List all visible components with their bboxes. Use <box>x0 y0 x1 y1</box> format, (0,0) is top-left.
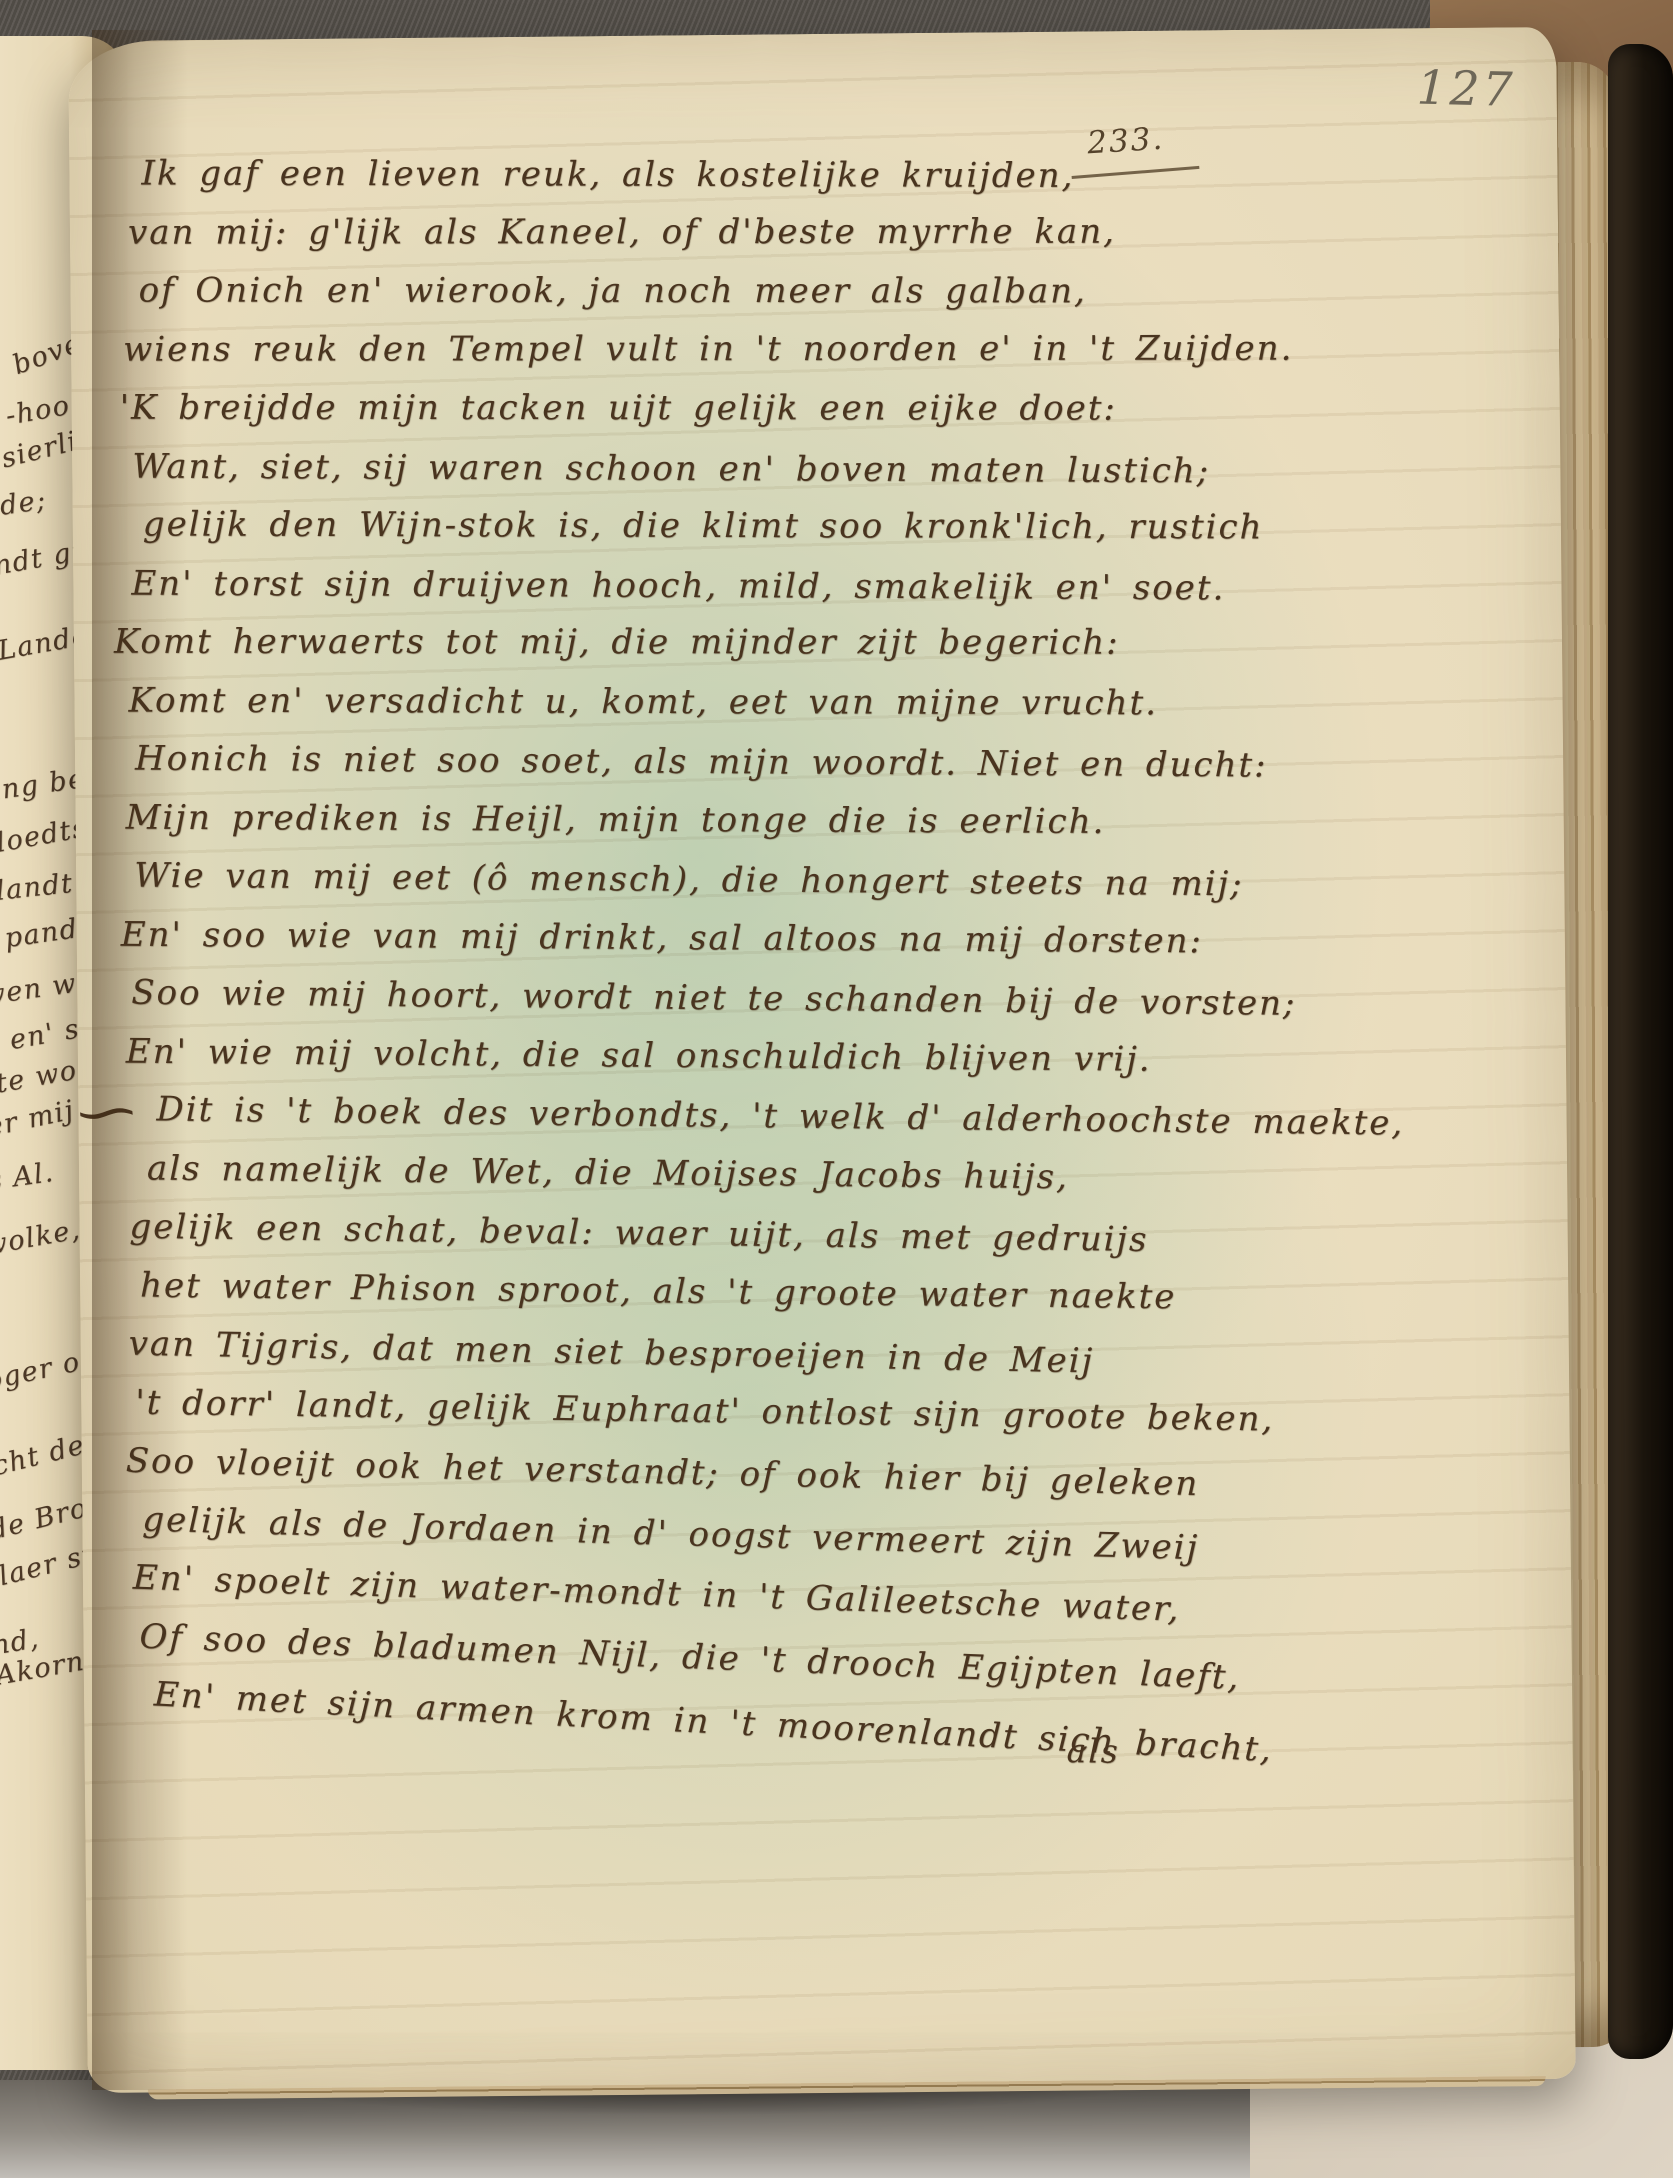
manuscript-line: Mijn prediken is Heijl, mijn tonge die i… <box>126 801 1106 839</box>
manuscript-line: het water Phison sproot, als 't groote w… <box>140 1269 1177 1315</box>
manuscript-line: En' spoelt zijn water-mondt in 't Galile… <box>132 1561 1181 1627</box>
book-spine <box>1608 44 1673 2059</box>
verse-text-block: Ik gaf een lieven reuk, als kostelijke k… <box>68 27 1576 2093</box>
manuscript-line: En' torst sijn druijven hooch, mild, sma… <box>131 567 1225 606</box>
manuscript-line: Wie van mij eet (ô mensch), die hongert … <box>134 859 1244 902</box>
manuscript-line: of Onich en' wierook, ja noch meer als g… <box>139 274 1087 309</box>
manuscript-line: Want, siet, sij waren schoon en' boven m… <box>132 450 1210 489</box>
manuscript-line: als namelijk de Wet, die Moijses Jacobs … <box>147 1151 1069 1194</box>
manuscript-line: van mij: g'lijk als Kaneel, of d'beste m… <box>128 215 1116 250</box>
left-page-fragment: landt <box>0 868 75 907</box>
manuscript-line: Dit is 't boek des verbondts, 't welk d'… <box>156 1092 1404 1140</box>
left-page-fragment: s Al. <box>0 1157 56 1197</box>
manuscript-line: van Tijgris, dat men siet besproeijen in… <box>128 1327 1094 1379</box>
left-page-fragment: de; <box>0 485 49 522</box>
manuscript-line: gelijk een schat, beval: waer uijt, als … <box>129 1210 1148 1257</box>
manuscript-line: wiens reuk den Tempel vult in 't noorden… <box>123 332 1293 367</box>
manuscript-line: Ik gaf een lieven reuk, als kostelijke k… <box>141 156 1074 192</box>
catchword: als <box>1066 1731 1120 1771</box>
manuscript-line: En' soo wie van mij drinkt, sal altoos n… <box>121 918 1203 959</box>
manuscript-line: 't dorr' landt, gelijk Euphraat' ontlost… <box>135 1386 1274 1437</box>
manuscript-photo: bove de aer -hoog, sierlijk oog; de; ndt… <box>0 0 1673 2178</box>
manuscript-page: 127 233. ∽ Ik gaf een lieven reuk, als k… <box>68 27 1576 2093</box>
manuscript-line: En' wie mij volcht, die sal onschuldich … <box>126 1035 1152 1077</box>
left-page-fragment: wolke, <box>0 1214 83 1262</box>
manuscript-line: gelijk den Wijn-stok is, die klimt soo k… <box>143 507 1264 544</box>
manuscript-line: Komt en' versadicht u, komt, eet van mij… <box>128 684 1158 721</box>
manuscript-line: gelijk als de Jordaen in d' oogst vermee… <box>142 1503 1200 1566</box>
manuscript-line: Honich is niet soo soet, als mijn woordt… <box>135 742 1268 783</box>
manuscript-line: Komt herwaerts tot mij, die mijnder zijt… <box>114 625 1120 660</box>
manuscript-line: 'K breijdde mijn tacken uijt gelijk een … <box>120 391 1117 426</box>
manuscript-line: Soo vloeijt ook het verstandt; of ook hi… <box>125 1444 1199 1501</box>
manuscript-line: Soo wie mij hoort, wordt niet te schande… <box>131 976 1296 1021</box>
